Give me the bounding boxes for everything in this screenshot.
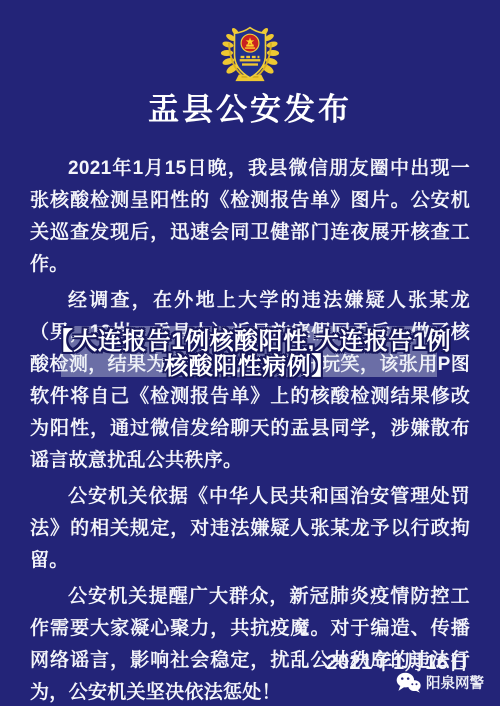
announcement-poster: 盂县公安发布 2021年1月15日晚，我县微信朋友圈中出现一张核酸检测呈阳性的《… [0, 0, 500, 706]
paragraph: 公安机关提醒广大群众，新冠肺炎疫情防控工作需要大家凝心聚力，共抗疫魔。对于编造、… [30, 581, 470, 706]
police-badge-icon [221, 22, 279, 84]
paragraph: 公安机关依据《中华人民共和国治安管理处罚法》的相关规定，对违法嫌疑人张某龙予以行… [30, 481, 470, 577]
page-title: 盂县公安发布 [0, 92, 500, 128]
paragraph: 经调查，在外地上大学的违法嫌疑人张某龙（男，19岁，盂县人）近日放寒假回盂后，做… [30, 285, 470, 477]
headline-overlay-text: 【大连报告1例核酸阳性,大连报告1例 核酸阳性病例】 [0, 329, 500, 379]
announcement-body: 2021年1月15日晚，我县微信朋友圈中出现一张核酸检测呈阳性的《检测报告单》图… [30, 153, 470, 706]
paragraph: 2021年1月15日晚，我县微信朋友圈中出现一张核酸检测呈阳性的《检测报告单》图… [30, 153, 470, 281]
